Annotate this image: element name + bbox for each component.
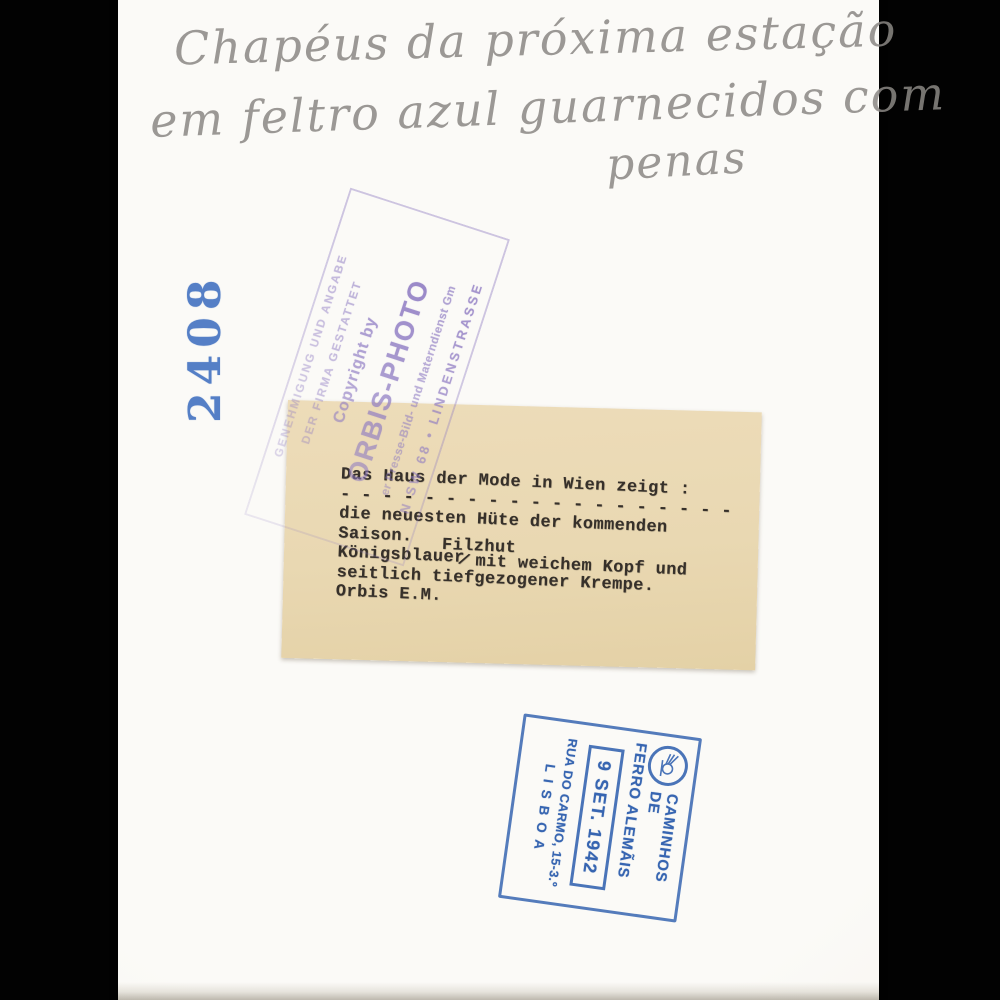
inventory-number: 2408: [180, 283, 236, 423]
handwriting-line: penas: [605, 132, 749, 190]
scan-background: Chapéus da próxima estação em feltro azu…: [0, 0, 1000, 1000]
photo-bottom-edge-shadow: [118, 982, 879, 1000]
photo-verso: Chapéus da próxima estação em feltro azu…: [118, 0, 879, 1000]
handwriting-line: em feltro azul guarnecidos com: [149, 66, 946, 148]
railway-arrival-stamp: CAMINHOS DE FERRO ALEMÃIS 9 SET. 1942 RU…: [498, 713, 702, 922]
winged-wheel-icon: [645, 743, 690, 788]
handwriting-line: Chapéus da próxima estação: [173, 3, 898, 76]
